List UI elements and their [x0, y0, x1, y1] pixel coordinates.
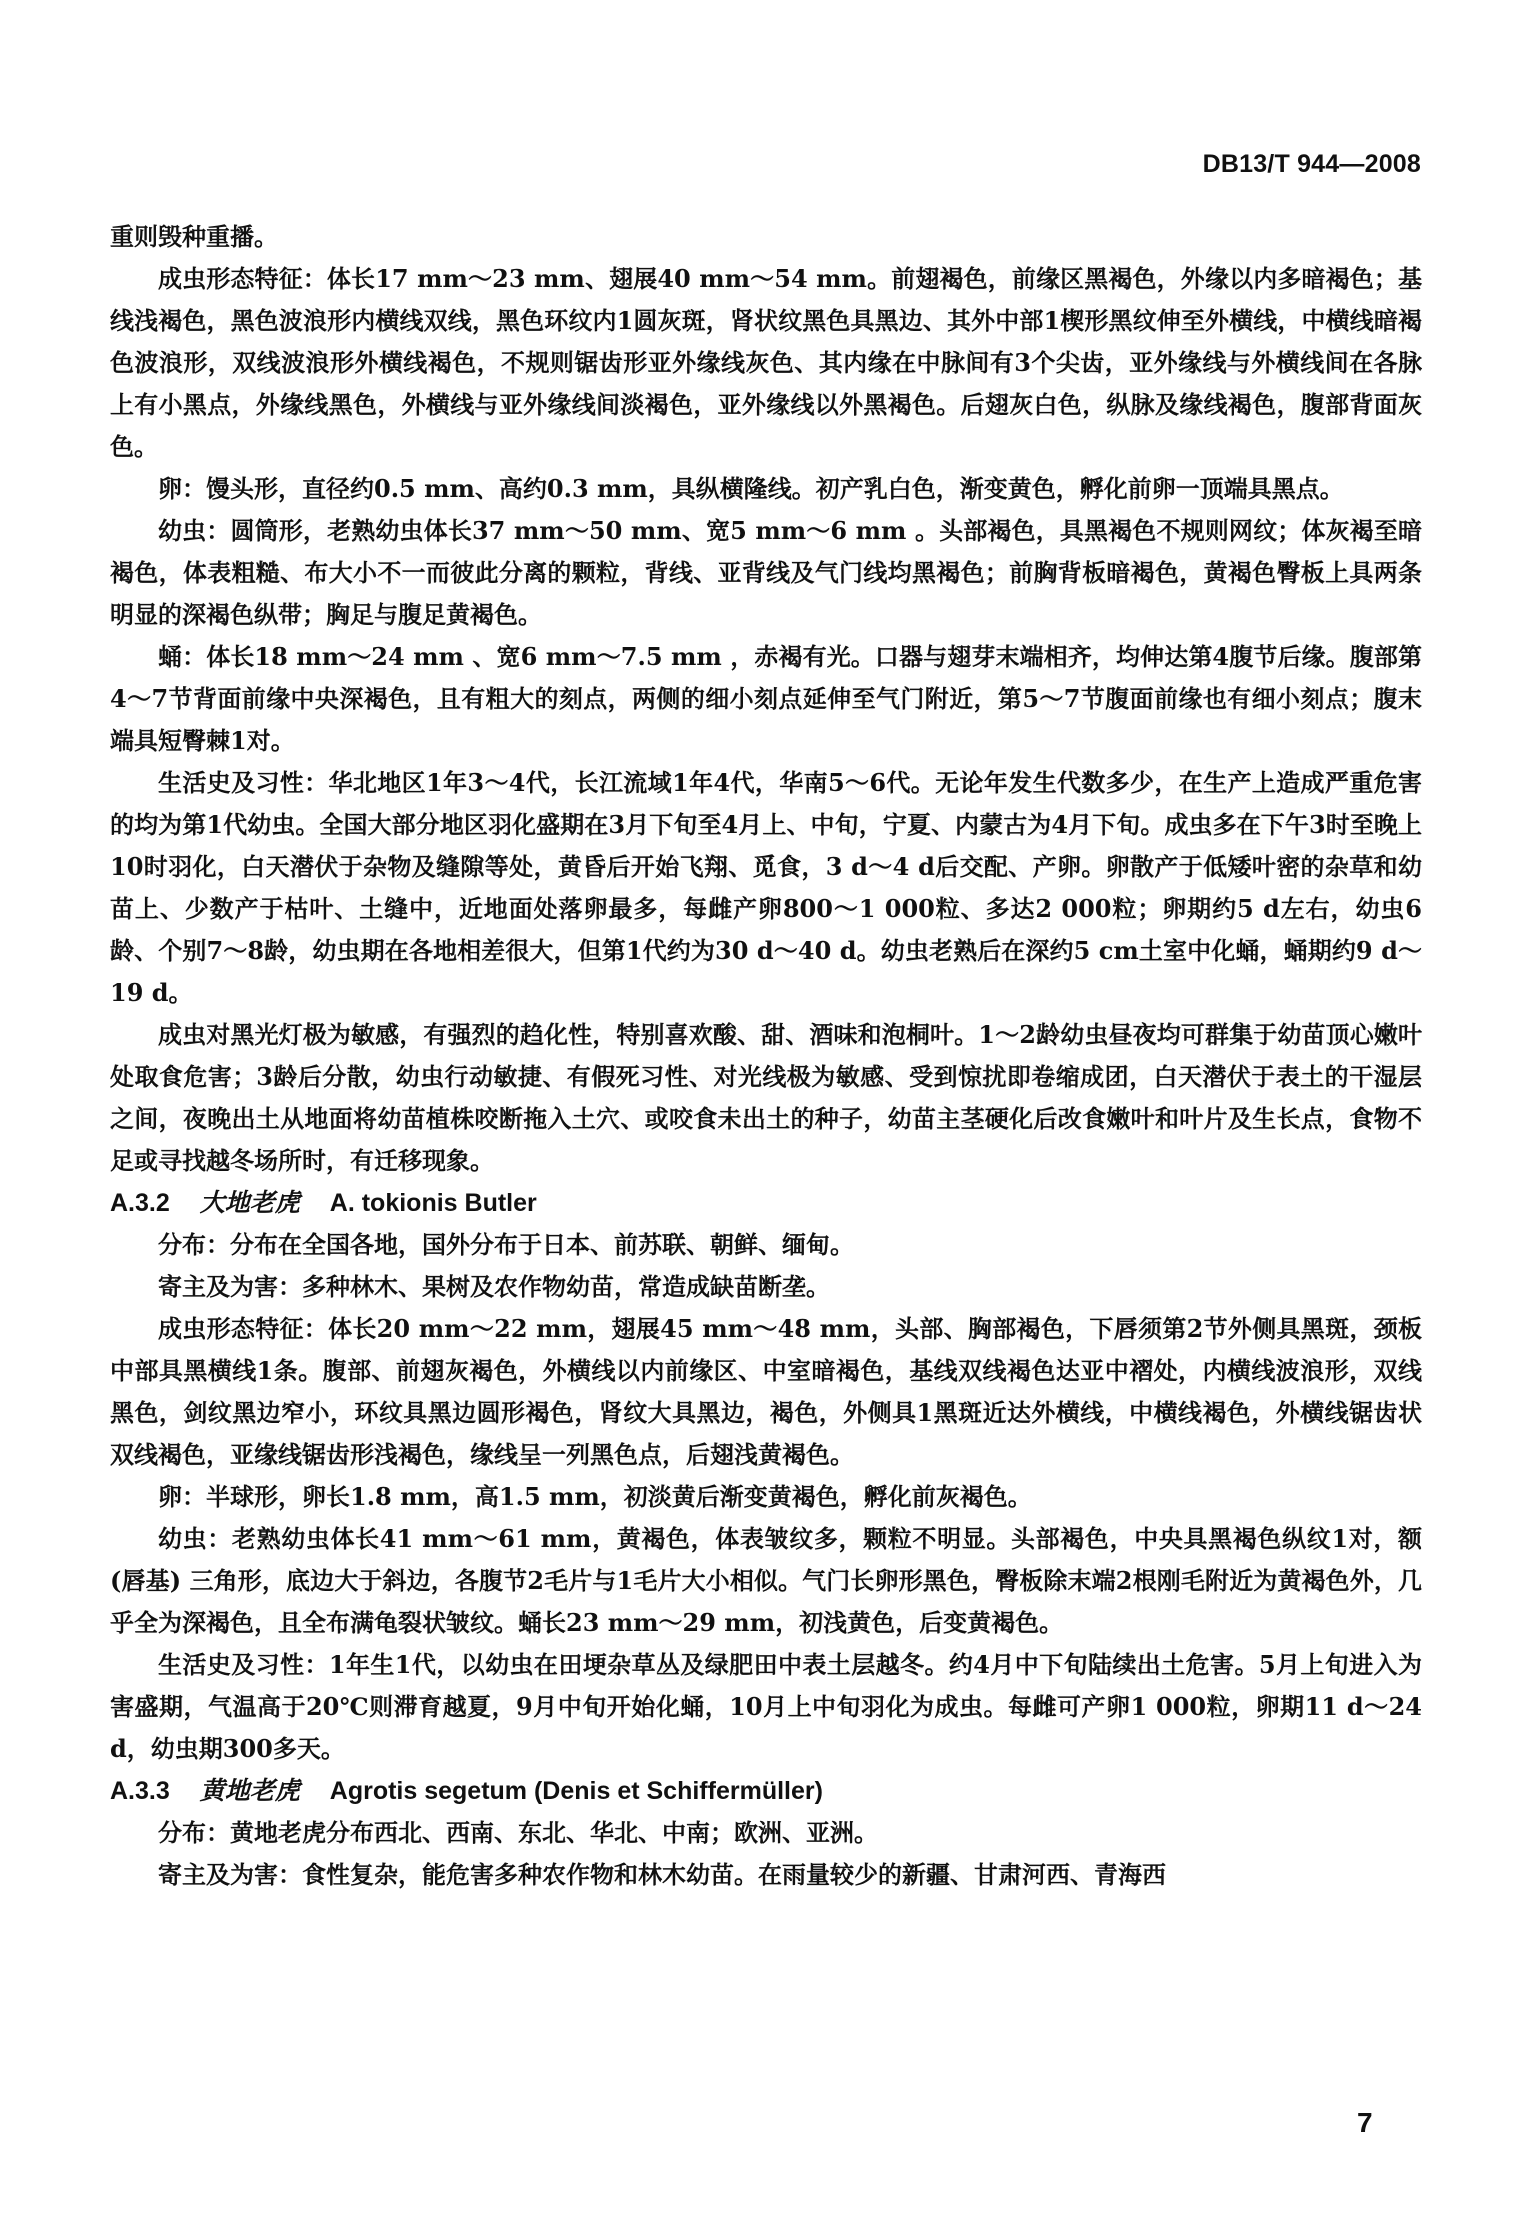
paragraph-host-a33: 寄主及为害：食性复杂，能危害多种农作物和林木幼苗。在雨量较少的新疆、甘肃河西、青…: [110, 1854, 1422, 1896]
paragraph-egg-a31: 卵：馒头形，直径约0.5 mm、高约0.3 mm，具纵横隆线。初产乳白色，渐变黄…: [110, 468, 1422, 510]
paragraph-distribution-a33: 分布：黄地老虎分布西北、西南、东北、华北、中南；欧洲、亚洲。: [110, 1812, 1422, 1854]
paragraph-life-history-a31: 生活史及习性：华北地区1年3～4代，长江流域1年4代，华南5～6代。无论年发生代…: [110, 762, 1422, 1014]
paragraph-larva-a32: 幼虫：老熟幼虫体长41 mm～61 mm，黄褐色，体表皱纹多，颗粒不明显。头部褐…: [110, 1518, 1422, 1644]
paragraph-adult-morphology-a32: 成虫形态特征：体长20 mm～22 mm，翅展45 mm～48 mm，头部、胸部…: [110, 1308, 1422, 1476]
section-name-latin: Agrotis segetum (Denis et Schiffermüller…: [330, 1777, 823, 1805]
section-name-cn: 大地老虎: [200, 1182, 300, 1224]
paragraph-life-history-a32: 生活史及习性：1年生1代，以幼虫在田埂杂草丛及绿肥田中表土层越冬。约4月中下旬陆…: [110, 1644, 1422, 1770]
paragraph-behavior-a31: 成虫对黑光灯极为敏感，有强烈的趋化性，特别喜欢酸、甜、酒味和泡桐叶。1～2龄幼虫…: [110, 1014, 1422, 1182]
paragraph-continuation: 重则毁种重播。: [110, 216, 1422, 258]
paragraph-pupa-a31: 蛹：体长18 mm～24 mm 、宽6 mm～7.5 mm ，赤褐有光。口器与翅…: [110, 636, 1422, 762]
standard-code-header: DB13/T 944—2008: [1203, 150, 1421, 179]
section-name-latin: A. tokionis Butler: [330, 1189, 537, 1217]
paragraph-adult-morphology-a31: 成虫形态特征：体长17 mm～23 mm、翅展40 mm～54 mm。前翅褐色，…: [110, 258, 1422, 468]
section-heading-a33: A.3.3黄地老虎Agrotis segetum (Denis et Schif…: [110, 1770, 1422, 1812]
document-body: 重则毁种重播。 成虫形态特征：体长17 mm～23 mm、翅展40 mm～54 …: [110, 216, 1422, 1896]
section-number: A.3.2: [110, 1182, 170, 1224]
section-number: A.3.3: [110, 1770, 170, 1812]
paragraph-egg-a32: 卵：半球形，卵长1.8 mm，高1.5 mm，初淡黄后渐变黄褐色，孵化前灰褐色。: [110, 1476, 1422, 1518]
section-name-cn: 黄地老虎: [200, 1770, 300, 1812]
section-heading-a32: A.3.2大地老虎A. tokionis Butler: [110, 1182, 1422, 1224]
page-number: 7: [1357, 2107, 1373, 2139]
paragraph-larva-a31: 幼虫：圆筒形，老熟幼虫体长37 mm～50 mm、宽5 mm～6 mm 。头部褐…: [110, 510, 1422, 636]
paragraph-host-a32: 寄主及为害：多种林木、果树及农作物幼苗，常造成缺苗断垄。: [110, 1266, 1422, 1308]
paragraph-distribution-a32: 分布：分布在全国各地，国外分布于日本、前苏联、朝鲜、缅甸。: [110, 1224, 1422, 1266]
